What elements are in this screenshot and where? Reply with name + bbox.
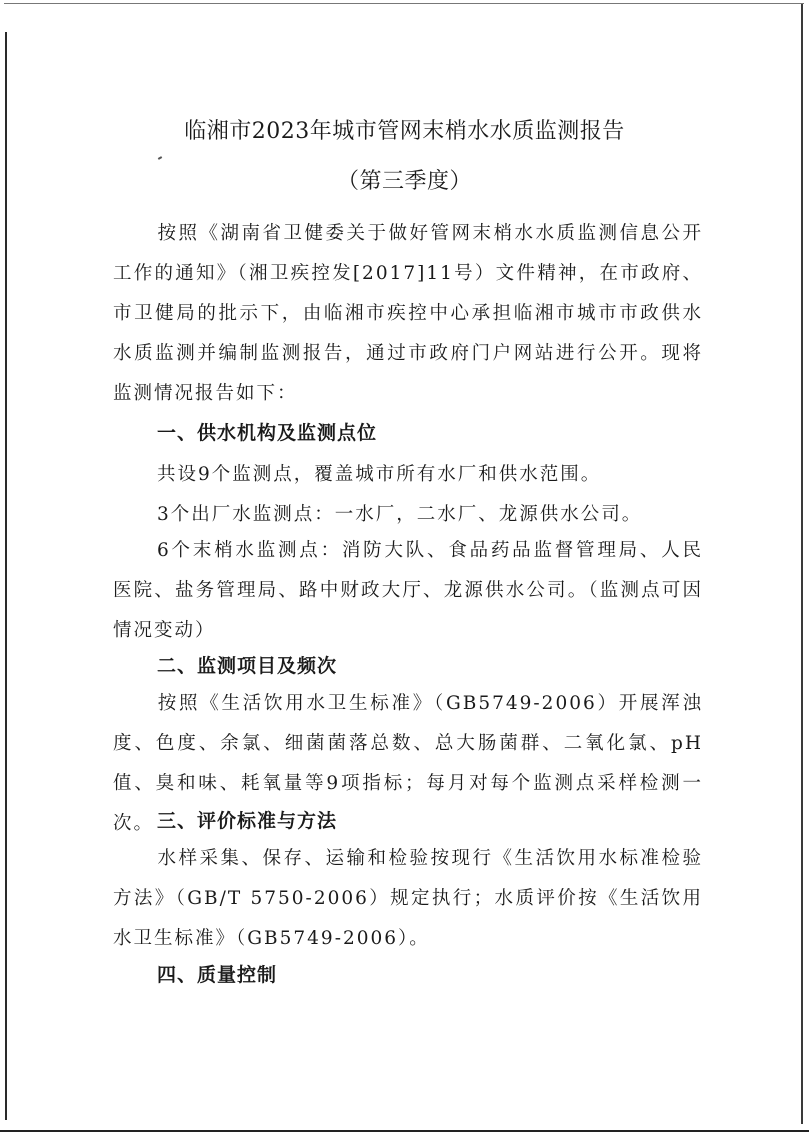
section-1-paragraph: 6个末梢水监测点：消防大队、食品药品监督管理局、人民医院、盐务管理局、路中财政大…: [113, 531, 703, 651]
section-heading-4: 四、质量控制: [157, 960, 277, 987]
scan-edge-bottom: [0, 1130, 809, 1132]
section-heading-1: 一、供水机构及监测点位: [157, 418, 377, 445]
section-3-paragraph-text: 水样采集、保存、运输和检验按现行《生活饮用水标准检验方法》（GB/T 5750-…: [113, 848, 703, 949]
section-3-paragraph: 水样采集、保存、运输和检验按现行《生活饮用水标准检验方法》（GB/T 5750-…: [113, 839, 703, 959]
document-subtitle: （第三季度）: [0, 164, 809, 195]
scan-edge-left: [5, 32, 7, 1120]
document-title: 临湘市2023年城市管网末梢水水质监测报告: [0, 114, 809, 145]
section-1-line-1: 共设9个监测点，覆盖城市所有水厂和供水范围。: [157, 460, 601, 486]
section-heading-3: 三、评价标准与方法: [157, 806, 337, 833]
scan-speck: [158, 156, 162, 160]
intro-paragraph: 按照《湖南省卫健委关于做好管网末梢水水质监测信息公开工作的通知》（湘卫疾控发[2…: [113, 214, 703, 414]
section-1-line-2: 3个出厂水监测点：一水厂，二水厂、龙源供水公司。: [157, 500, 642, 526]
section-1-paragraph-text: 6个末梢水监测点：消防大队、食品药品监督管理局、人民医院、盐务管理局、路中财政大…: [113, 540, 703, 641]
section-heading-2: 二、监测项目及频次: [157, 651, 337, 678]
intro-text: 按照《湖南省卫健委关于做好管网末梢水水质监测信息公开工作的通知》（湘卫疾控发[2…: [113, 223, 703, 404]
scan-edge-top: [4, 3, 804, 4]
